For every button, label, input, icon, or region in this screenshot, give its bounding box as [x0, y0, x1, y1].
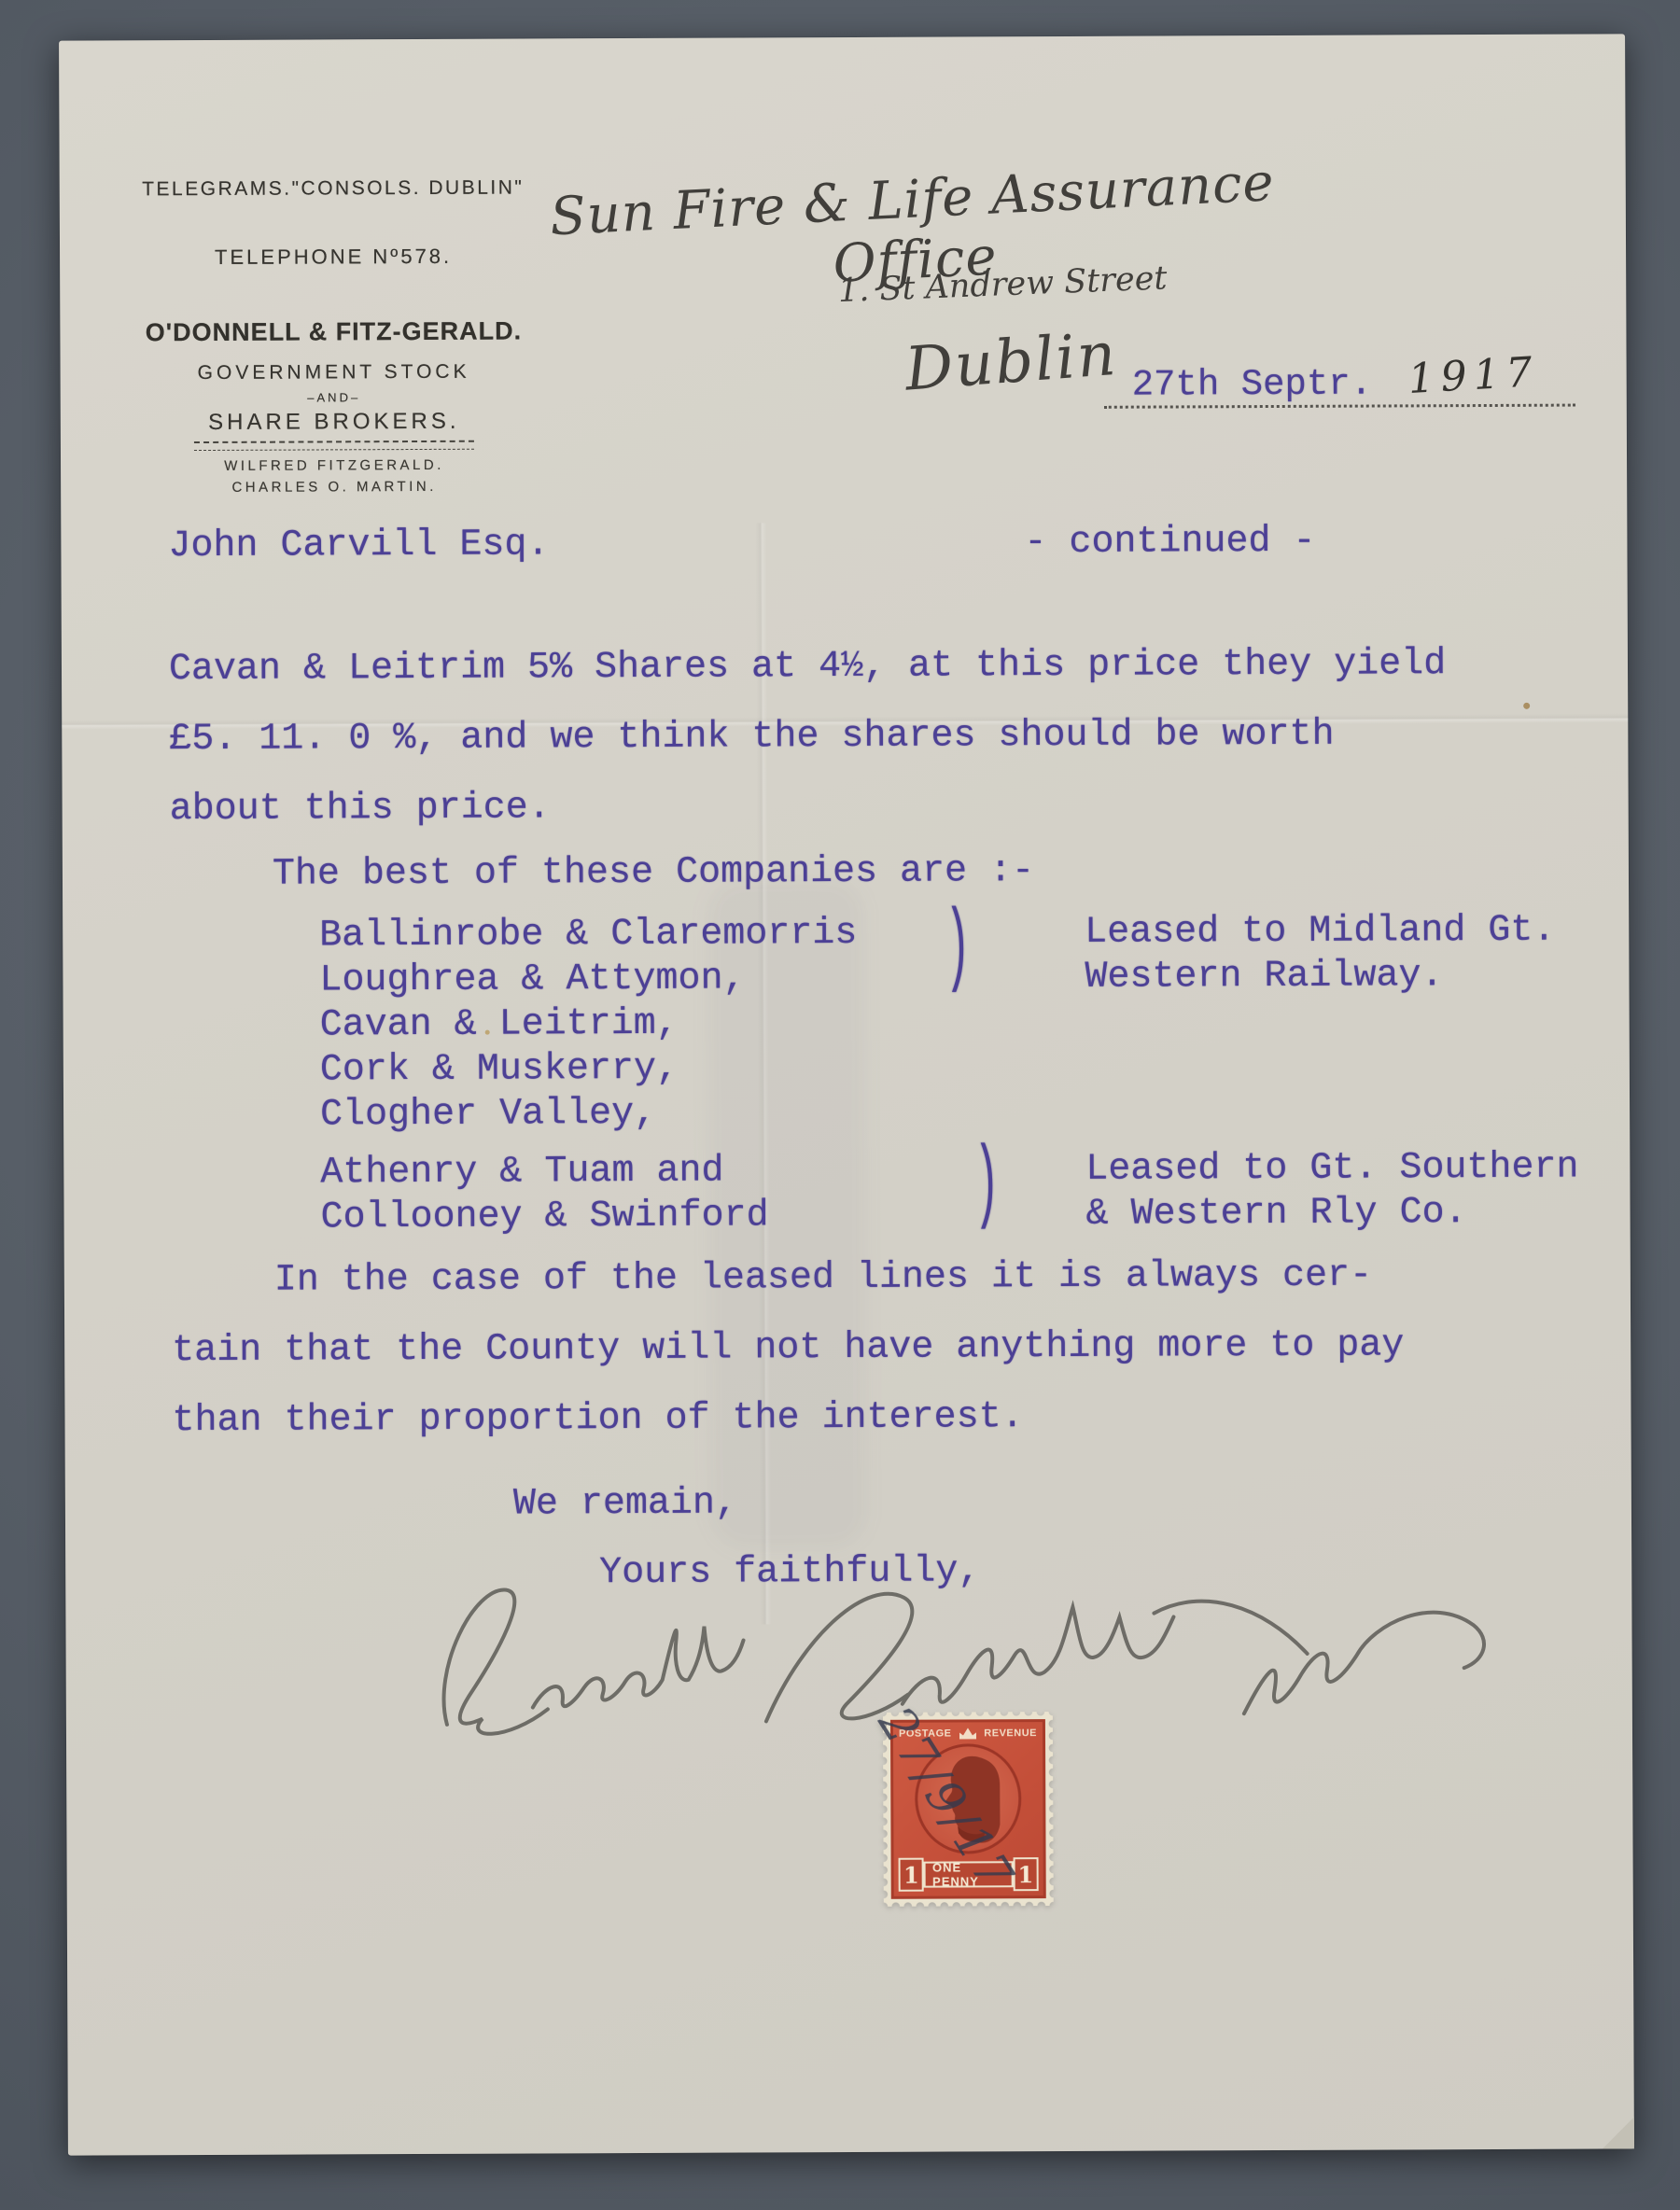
- group1-bracket: ): [945, 896, 971, 1000]
- paragraph2-line: In the case of the leased lines it is al…: [274, 1255, 1372, 1302]
- lease-note-line: Leased to Gt. Southern: [1085, 1147, 1578, 1191]
- stamp-revenue-label: REVENUE: [984, 1727, 1037, 1739]
- firm-role-and: –AND–: [113, 389, 555, 405]
- company-line: Athenry & Tuam and: [320, 1151, 723, 1195]
- lease-note-line: Leased to Midland Gt.: [1085, 910, 1555, 954]
- paragraph2-line: tain that the County will not have anyth…: [172, 1324, 1404, 1372]
- closing-line: We remain,: [513, 1483, 737, 1526]
- company-line: Ballinrobe & Claremorris: [319, 913, 857, 958]
- corner-fold: [1603, 2117, 1634, 2148]
- office-city: Dublin: [903, 320, 1120, 405]
- stamp-denomination-left: 1: [899, 1858, 925, 1892]
- crown-icon: [958, 1726, 978, 1741]
- partner-name: WILFRED FITZGERALD.: [113, 456, 555, 474]
- continued-label: - continued -: [1024, 521, 1315, 564]
- paragraph1-line: Cavan & Leitrim 5% Shares at 4½, at this…: [169, 643, 1446, 691]
- decorative-rule: [194, 441, 474, 451]
- company-line: Clogher Valley,: [320, 1093, 656, 1137]
- firm-name: O'DONNELL & FITZ-GERALD.: [112, 316, 554, 347]
- paragraph1-line: £5. 11. 0 %, and we think the shares sho…: [169, 714, 1334, 761]
- partner-name: CHARLES O. MARTIN.: [113, 478, 555, 496]
- telephone-line: TELEPHONE Nº578.: [112, 244, 554, 270]
- lease-note-line: Western Railway.: [1085, 955, 1443, 999]
- year: 1917: [1407, 348, 1540, 403]
- company-line: Cavan & Leitrim,: [320, 1003, 679, 1047]
- letter-paper: TELEGRAMS."CONSOLS. DUBLIN" TELEPHONE Nº…: [59, 34, 1634, 2155]
- letterhead-left-block: TELEGRAMS."CONSOLS. DUBLIN" TELEPHONE Nº…: [112, 176, 555, 496]
- company-line: Collooney & Swinford: [320, 1195, 768, 1238]
- company-line: Loughrea & Attymon,: [319, 958, 745, 1001]
- firm-role-line2: SHARE BROKERS.: [113, 408, 555, 436]
- company-line: Cork & Muskerry,: [320, 1048, 679, 1092]
- group2-bracket: ): [973, 1133, 1000, 1238]
- typed-date: 27th Septr.: [1132, 364, 1373, 406]
- paragraph1-line: about this price.: [170, 787, 551, 831]
- lease-note-line: & Western Rly Co.: [1085, 1192, 1466, 1236]
- postage-stamp: POSTAGE REVENUE 1 ONE PENNY 1 27/9/17: [883, 1712, 1054, 1907]
- firm-role-line1: GOVERNMENT STOCK: [113, 360, 555, 385]
- paper-speck: [1523, 703, 1530, 709]
- company-list-intro: The best of these Companies are :-: [273, 850, 1034, 896]
- addressee-line: John Carvill Esq.: [168, 524, 549, 567]
- paragraph2-line: than their proportion of the interest.: [172, 1396, 1023, 1442]
- telegrams-line: TELEGRAMS."CONSOLS. DUBLIN": [112, 176, 554, 201]
